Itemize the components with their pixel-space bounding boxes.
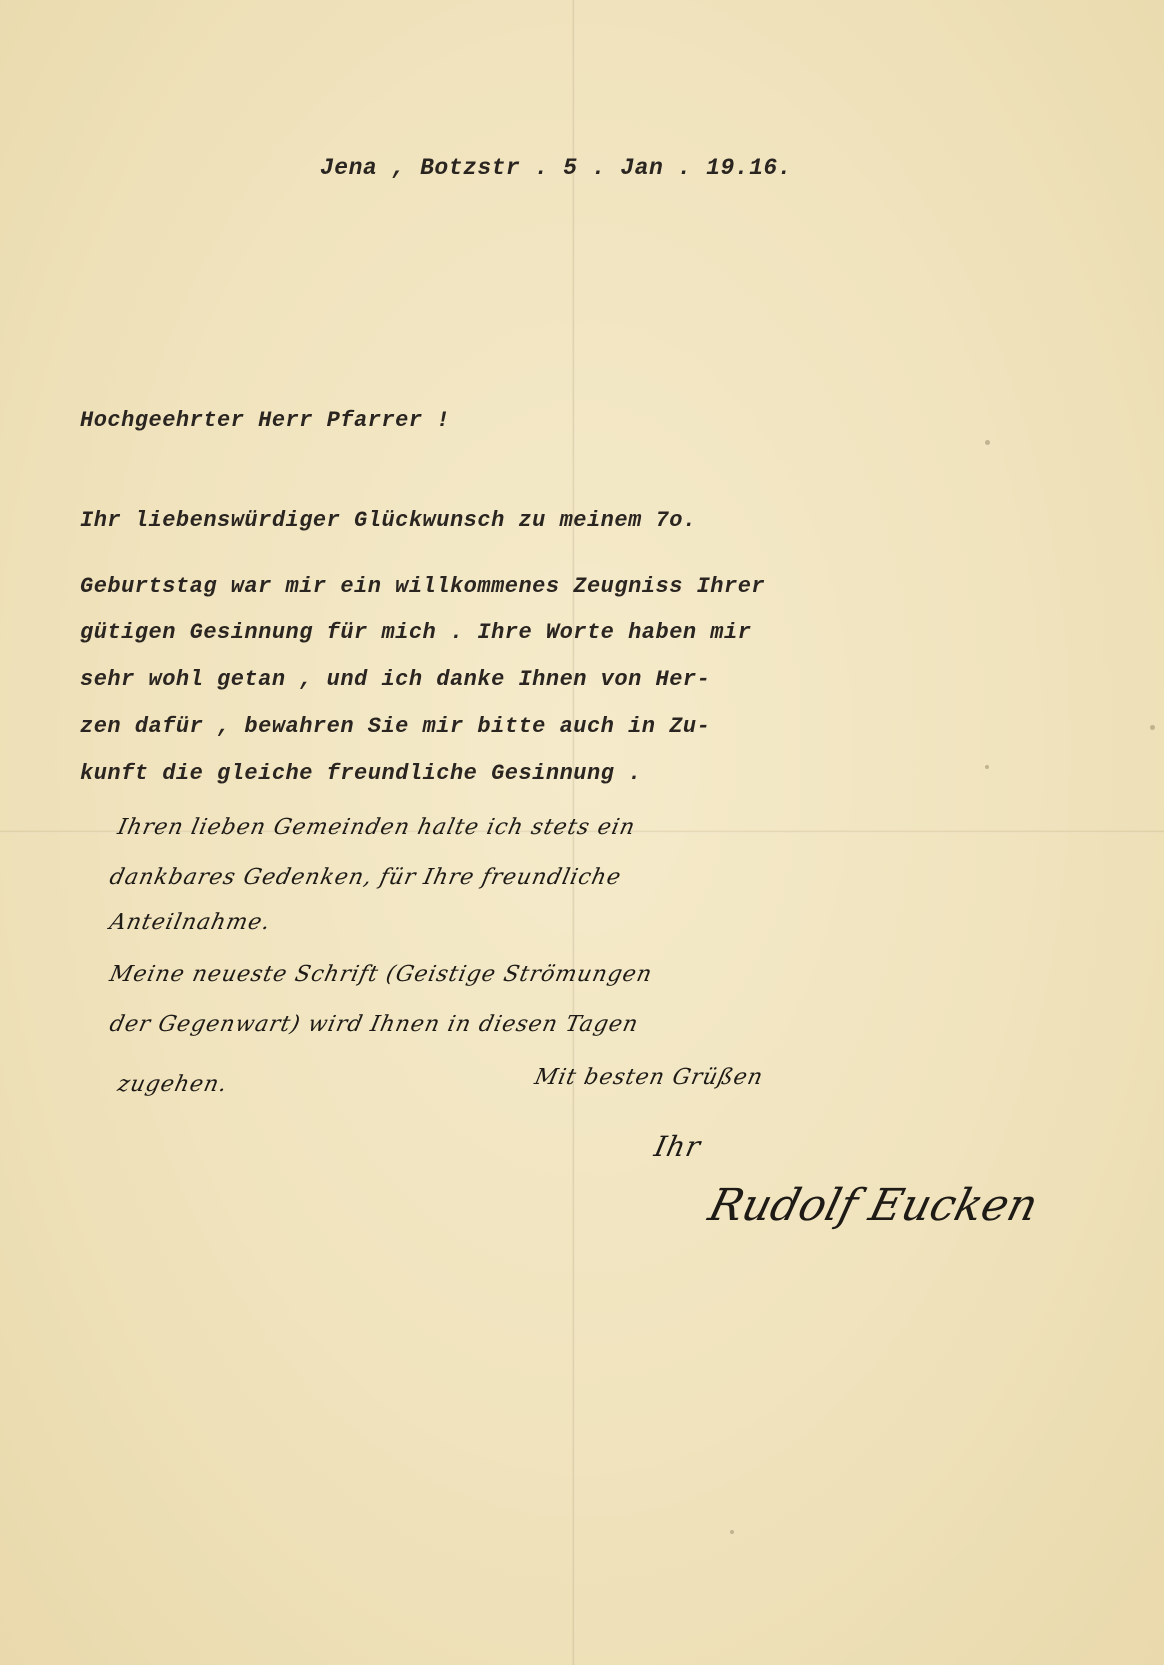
letter-page: Jena , Botzstr . 5 . Jan . 19.16. Hochge… — [0, 0, 1164, 1665]
paper-spot — [1150, 725, 1155, 730]
body-line: Ihr liebenswürdiger Glückwunsch zu meine… — [80, 508, 697, 533]
body-line: Geburtstag war mir ein willkommenes Zeug… — [80, 574, 765, 599]
handwritten-line: zugehen. — [115, 1072, 230, 1097]
handwritten-line: Ihren lieben Gemeinden halte ich stets e… — [115, 815, 637, 840]
body-line: kunft die gleiche freundliche Gesinnung … — [80, 761, 642, 786]
body-line: zen dafür , bewahren Sie mir bitte auch … — [80, 714, 710, 739]
handwritten-line: Meine neueste Schrift (Geistige Strömung… — [107, 962, 654, 987]
closing: Mit besten Grüßen — [532, 1065, 765, 1090]
signature: Rudolf Eucken — [704, 1180, 1043, 1231]
dateline: Jena , Botzstr . 5 . Jan . 19.16. — [320, 155, 792, 181]
paper-spot — [730, 1530, 734, 1534]
handwritten-line: Anteilnahme. — [107, 910, 273, 935]
closing-ihr: Ihr — [651, 1130, 703, 1163]
salutation: Hochgeehrter Herr Pfarrer ! — [80, 408, 450, 433]
paper-spot — [985, 440, 990, 445]
body-line: gütigen Gesinnung für mich . Ihre Worte … — [80, 620, 751, 645]
paper-spot — [985, 765, 989, 769]
body-line: sehr wohl getan , und ich danke Ihnen vo… — [80, 667, 710, 692]
handwritten-line: dankbares Gedenken, für Ihre freundliche — [107, 865, 623, 890]
handwritten-line: der Gegenwart) wird Ihnen in diesen Tage… — [107, 1012, 641, 1037]
